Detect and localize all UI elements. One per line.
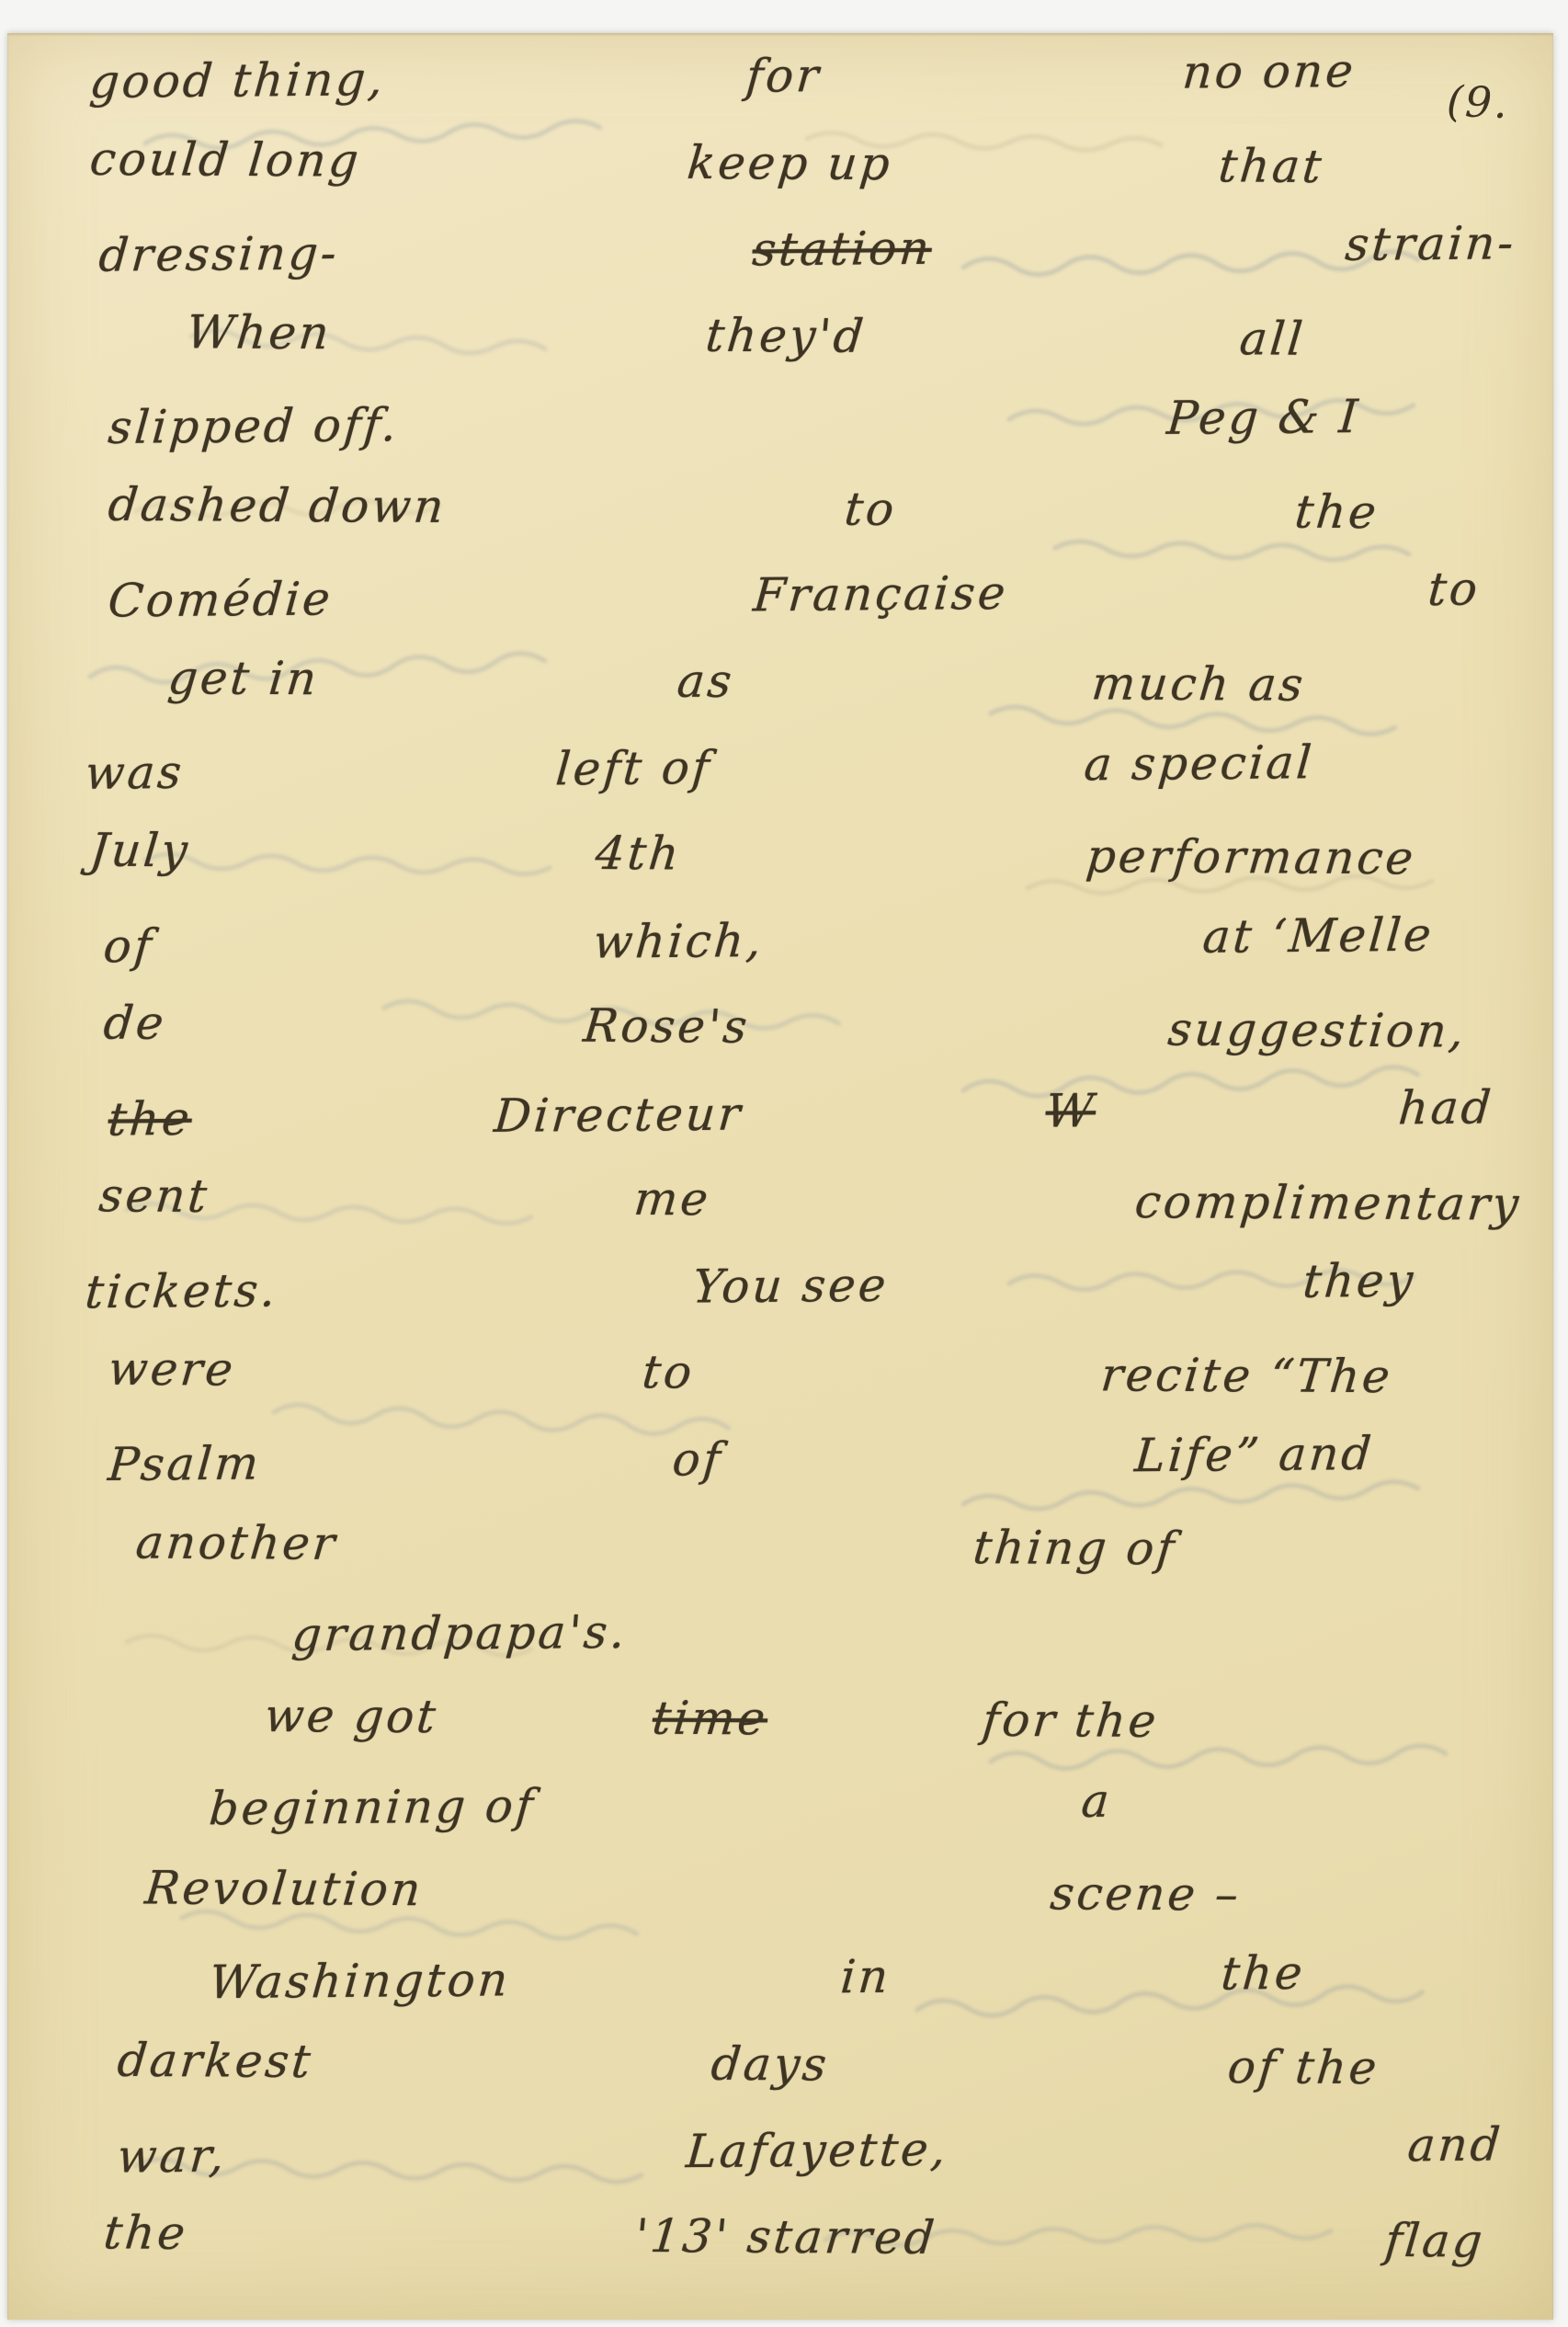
handwriting-word: they'd: [703, 309, 868, 363]
handwriting-word: at ‘Melle: [1200, 908, 1436, 964]
handwriting-word: of: [102, 919, 156, 974]
handwriting-word: could long: [87, 132, 363, 188]
handwriting-word: the: [1292, 485, 1381, 540]
handwriting-word: July: [87, 824, 192, 878]
handwriting-word: Peg & I: [1165, 390, 1362, 445]
handwriting-word: grandpapa's.: [290, 1605, 630, 1661]
handwriting-word: darkest: [115, 2034, 315, 2088]
handwriting-word: dressing-: [97, 226, 341, 281]
handwriting-lines: good thing,forno onecould longkeep uptha…: [7, 50, 1553, 2297]
handwriting-line: Revolutionscene –: [145, 1861, 1242, 1954]
handwriting-word: performance: [1084, 829, 1417, 884]
handwriting-word: '13' starred: [633, 2209, 939, 2264]
handwriting-word: days: [710, 2037, 832, 2092]
handwriting-word: the: [107, 1092, 194, 1146]
handwriting-line: wasleft ofa special: [85, 736, 1315, 833]
handwriting-line: anotherthing of: [136, 1516, 1177, 1609]
handwriting-word: When: [184, 305, 334, 359]
handwriting-word: sent: [97, 1169, 211, 1223]
handwriting-word: me: [631, 1172, 712, 1226]
handwriting-line: war,Lafayette,and: [118, 2117, 1504, 2216]
handwriting-word: Directeur: [493, 1088, 745, 1143]
handwriting-word: tickets.: [84, 1263, 280, 1318]
handwriting-word: a: [1080, 1774, 1114, 1828]
handwriting-line: Washingtoninthe: [210, 1946, 1306, 2042]
handwriting-word: for: [744, 49, 824, 103]
handwriting-word: slipped off.: [107, 398, 402, 454]
handwriting-word: no one: [1180, 44, 1358, 99]
handwriting-word: Revolution: [142, 1861, 426, 1916]
handwriting-word: to: [1426, 562, 1482, 616]
handwriting-word: for the: [980, 1694, 1161, 1748]
handwriting-line: get inasmuch as: [168, 651, 1306, 745]
handwriting-word: scene –: [1048, 1866, 1243, 1921]
handwriting-word: a special: [1083, 736, 1316, 791]
handwriting-line: could longkeep upthat: [90, 132, 1324, 226]
handwriting-word: suggestion,: [1165, 1003, 1469, 1058]
letter-page: (9. good thing,forno onecould longkeep u…: [7, 33, 1553, 2320]
handwriting-word: much as: [1089, 656, 1308, 711]
handwriting-word: in: [839, 1950, 893, 2004]
handwriting-word: were: [106, 1342, 237, 1397]
handwriting-word: we got: [262, 1689, 440, 1743]
handwriting-word: good thing,: [88, 52, 388, 108]
handwriting-line: beginning ofa: [210, 1774, 1113, 1869]
handwriting-line: we gottimefor the: [265, 1689, 1159, 1781]
handwriting-word: Française: [751, 566, 1009, 622]
handwriting-word: and: [1405, 2117, 1505, 2172]
handwriting-word: dashed down: [106, 478, 449, 533]
handwriting-word: de: [101, 996, 168, 1049]
handwriting-line: darkestdaysof the: [118, 2034, 1380, 2127]
handwriting-word: Psalm: [107, 1437, 264, 1491]
handwriting-line: dashed downtothe: [108, 478, 1380, 572]
handwriting-word: that: [1216, 139, 1326, 193]
handwriting-line: weretorecite “The: [108, 1342, 1393, 1437]
handwriting-word: Life” and: [1133, 1427, 1376, 1482]
handwriting-word: keep up: [685, 136, 894, 190]
handwriting-word: You see: [690, 1259, 890, 1314]
handwriting-line: dressing-stationstrain-: [99, 216, 1517, 314]
handwriting-word: time: [650, 1692, 770, 1746]
handwriting-word: to: [640, 1345, 697, 1398]
handwriting-word: of the: [1225, 2040, 1381, 2094]
handwriting-word: complimentary: [1133, 1175, 1524, 1231]
handwriting-word: another: [133, 1516, 339, 1570]
handwriting-word: all: [1238, 312, 1308, 365]
handwriting-line: theDirecteurWhad: [108, 1080, 1494, 1179]
handwriting-line: PsalmofLife” and: [108, 1427, 1375, 1524]
handwriting-line: good thing,forno one: [90, 44, 1357, 142]
handwriting-line: Whenthey'dall: [187, 305, 1306, 398]
handwriting-line: grandpapa's.: [292, 1603, 948, 1694]
handwriting-word: the: [1220, 1946, 1307, 2001]
handwriting-word: Comédie: [107, 572, 335, 627]
handwriting-line: tickets.You seethey: [85, 1254, 1416, 1352]
handwriting-word: 4th: [593, 827, 684, 881]
handwriting-line: July4thperformance: [90, 824, 1416, 918]
handwriting-word: station: [751, 222, 935, 277]
handwriting-word: Rose's: [582, 999, 753, 1054]
handwriting-line: sentmecomplimentary: [99, 1169, 1522, 1263]
handwriting-word: thing of: [971, 1521, 1178, 1575]
handwriting-word: recite “The: [1099, 1348, 1395, 1403]
handwriting-line: ComédieFrançaiseto: [108, 562, 1481, 660]
handwriting-word: was: [84, 746, 187, 800]
handwriting-line: ofwhich,at ‘Melle: [104, 908, 1435, 1007]
handwriting-word: W: [1044, 1084, 1098, 1138]
handwriting-line: the'13' starredflag: [104, 2206, 1485, 2300]
handwriting-word: of: [671, 1432, 725, 1487]
handwriting-word: as: [675, 655, 736, 708]
handwriting-word: which,: [591, 914, 766, 969]
handwriting-word: Lafayette,: [685, 2123, 950, 2179]
handwriting-word: war,: [116, 2129, 229, 2184]
handwriting-word: get in: [165, 651, 321, 705]
handwriting-word: they: [1301, 1254, 1417, 1308]
handwriting-line: deRose'ssuggestion,: [104, 996, 1467, 1090]
handwriting-word: the: [101, 2206, 189, 2260]
handwriting-word: beginning of: [208, 1779, 538, 1835]
handwriting-word: strain-: [1344, 216, 1518, 271]
handwriting-word: had: [1397, 1080, 1496, 1135]
handwriting-word: to: [842, 483, 899, 536]
handwriting-line: slipped off.Peg & I: [108, 390, 1361, 487]
handwriting-word: Washington: [208, 1953, 513, 2009]
handwriting-word: left of: [554, 741, 714, 796]
handwriting-word: flag: [1382, 2214, 1487, 2268]
